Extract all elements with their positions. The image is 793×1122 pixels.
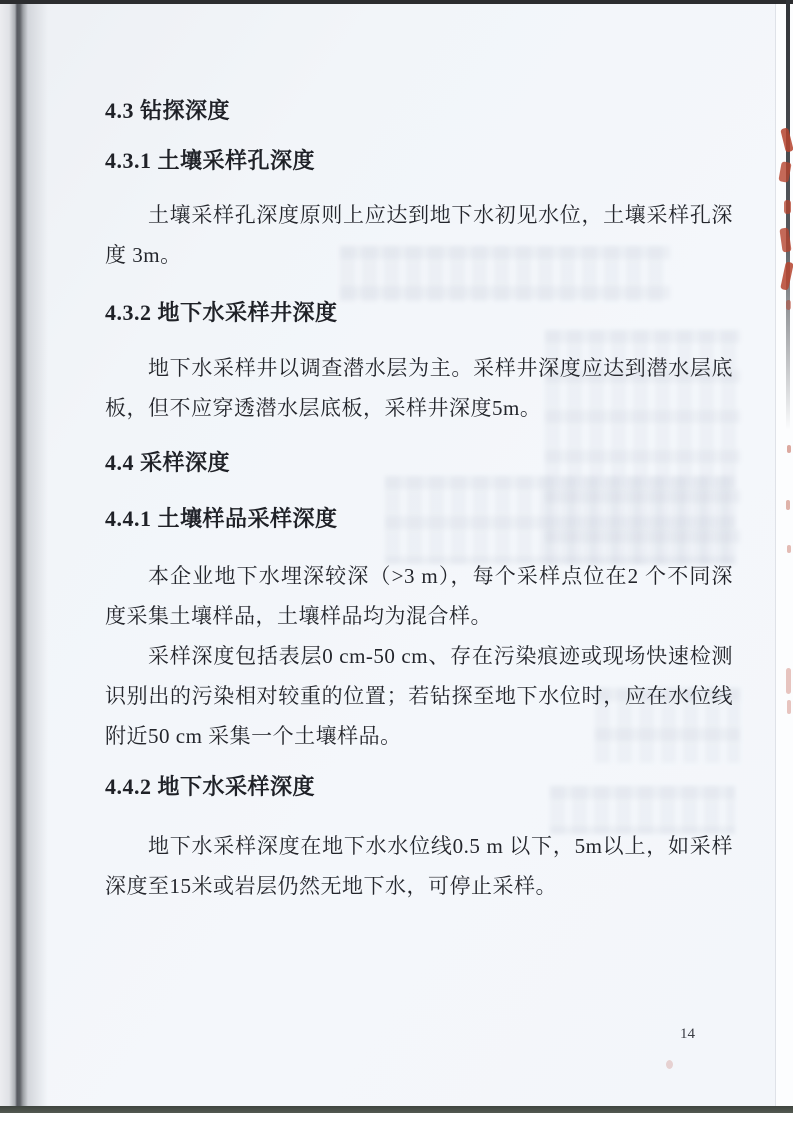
red-seal-fragment: [787, 445, 791, 453]
book-spine-shadow: [0, 4, 50, 1106]
section-heading-4-3-2: 4.3.2 地下水采样井深度: [105, 298, 338, 328]
paragraph-soil-sampling-depth-1: 本企业地下水埋深较深（>3 m），每个采样点位在2 个不同深度采集土壤样品，土壤…: [105, 556, 733, 636]
section-heading-4-3-1: 4.3.1 土壤采样孔深度: [105, 146, 315, 176]
scanned-document-page: 4.3 钻探深度 4.3.1 土壤采样孔深度 土壤采样孔深度原则上应达到地下水初…: [0, 0, 793, 1122]
page-number: 14: [680, 1026, 695, 1043]
red-seal-fragment: [787, 545, 791, 553]
bleed-through-ghost: [385, 476, 735, 564]
red-seal-fragment: [666, 1060, 673, 1069]
red-seal-fragment: [787, 700, 791, 714]
section-heading-4-4-2: 4.4.2 地下水采样深度: [105, 772, 315, 802]
section-heading-4-4-1: 4.4.1 土壤样品采样深度: [105, 504, 338, 534]
section-heading-4-3: 4.3 钻探深度: [105, 96, 230, 126]
section-heading-4-4: 4.4 采样深度: [105, 448, 230, 478]
page-edge-line: [786, 0, 790, 430]
red-seal-fragment: [786, 668, 791, 694]
paragraph-groundwater-sampling-depth: 地下水采样深度在地下水水位线0.5 m 以下，5m以上，如采样深度至15米或岩层…: [105, 826, 733, 906]
red-seal-fragment: [786, 300, 791, 310]
scanner-strip-bottom: [0, 1106, 793, 1113]
scanner-strip-top: [0, 0, 793, 4]
paragraph-soil-sampling-depth-2: 采样深度包括表层0 cm-50 cm、存在污染痕迹或现场快速检测识别出的污染相对…: [105, 636, 733, 756]
red-seal-fragment: [786, 500, 790, 510]
paragraph-soil-hole-depth: 土壤采样孔深度原则上应达到地下水初见水位，土壤采样孔深度 3m。: [105, 195, 733, 275]
paragraph-groundwater-well-depth: 地下水采样井以调查潜水层为主。采样井深度应达到潜水层底板，但不应穿透潜水层底板，…: [105, 348, 733, 428]
red-seal-fragment: [784, 200, 791, 214]
